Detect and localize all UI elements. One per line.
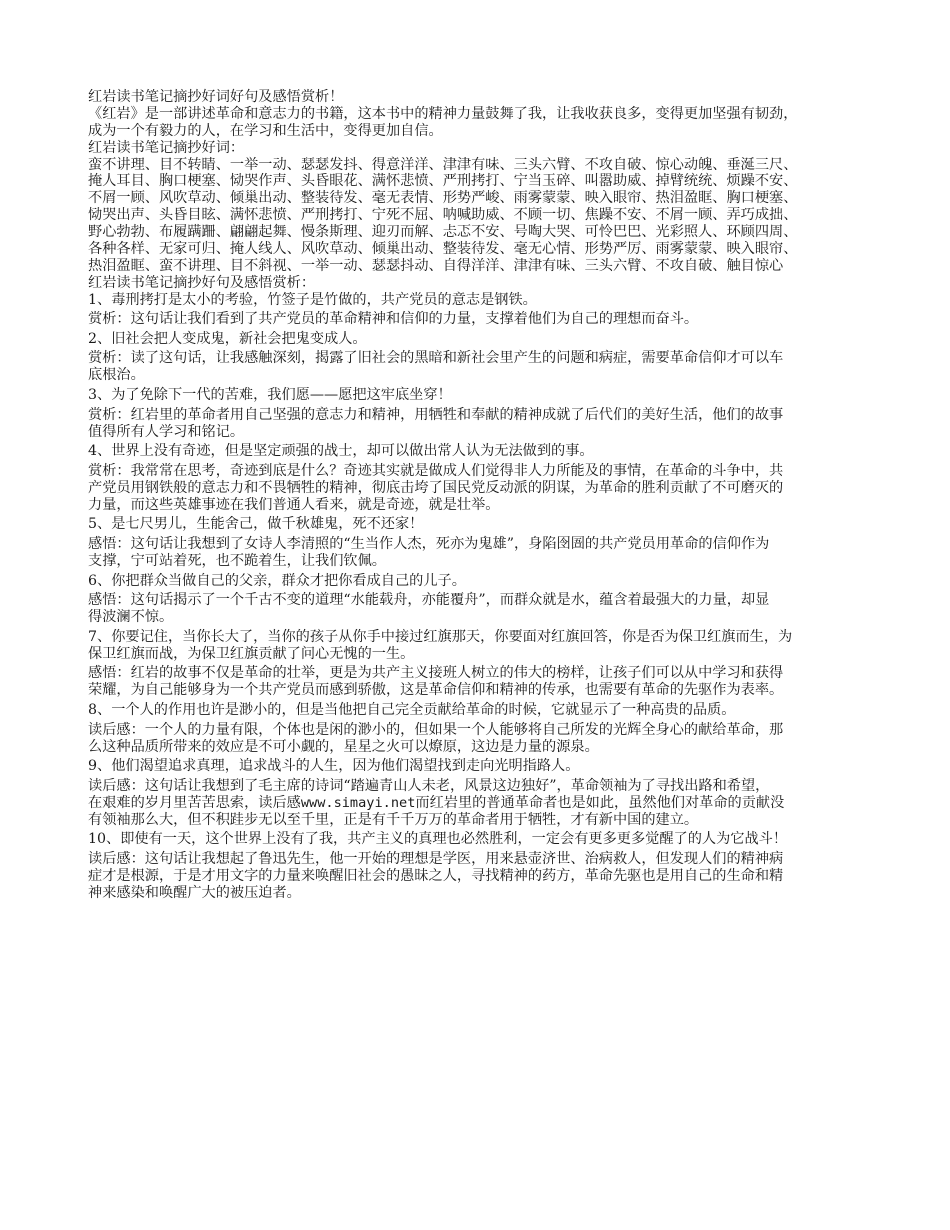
words-line: 恸哭出声、头昏目眩、满怀悲愤、严刑拷打、宁死不屈、呐喊助威、不顾一切、焦躁不安、…	[88, 207, 863, 224]
comment-text: 在艰难的岁月里苦苦思索，读后感	[88, 795, 301, 811]
words-line: 蛮不讲理、目不转睛、一举一动、瑟瑟发抖、得意洋洋、津津有味、三头六臂、不攻自破、…	[88, 157, 863, 174]
quote-paragraph: 1、毒刑拷打是太小的考验，竹签子是竹做的，共产党员的意志是钢铁。	[88, 292, 863, 309]
intro-line: 成为一个有毅力的人，在学习和生活中，变得更加自信。	[88, 123, 863, 140]
comment-line: 赏析：读了这句话，让我感触深刻，揭露了旧社会的黑暗和新社会里产生的问题和病症，需…	[88, 350, 863, 367]
quote-line: 6、你把群众当做自己的父亲，群众才把你看成自己的儿子。	[88, 573, 863, 590]
comment-paragraph: 赏析：我常常在思考，奇迹到底是什么？奇迹其实就是做成人们觉得非人力所能及的事情，…	[88, 463, 863, 514]
comment-line: 神来感染和唤醒广大的被压迫者。	[88, 885, 863, 902]
comment-line: 读后感：这句话让我想到了毛主席的诗词“踏遍青山人未老，风景这边独好”，革命领袖为…	[88, 778, 863, 795]
quote-line: 5、是七尺男儿，生能舍己，做千秋雄鬼，死不还家！	[88, 516, 863, 533]
quote-paragraph: 7、你要记住，当你长大了，当你的孩子从你手中接过红旗那天，你要面对红旗回答，你是…	[88, 629, 863, 663]
quote-paragraph: 6、你把群众当做自己的父亲，群众才把你看成自己的儿子。	[88, 573, 863, 590]
words-line: 野心勃勃、布履蹒跚、翩翩起舞、慢条斯理、迎刃而解、忐忑不安、号啕大哭、可怜巴巴、…	[88, 224, 863, 241]
website-link-text: www.simayi.net	[301, 795, 416, 811]
quote-paragraph: 8、一个人的作用也许是渺小的，但是当他把自己完全贡献给革命的时候，它就显示了一种…	[88, 702, 863, 719]
comment-paragraph: 赏析：这句话让我们看到了共产党员的革命精神和信仰的力量，支撑着他们为自己的理想而…	[88, 311, 863, 328]
comment-paragraph: 感悟：这句话让我想到了女诗人李清照的“生当作人杰，死亦为鬼雄”，身陷囹圄的共产党…	[88, 536, 863, 570]
comment-line: 感悟：红岩的故事不仅是革命的壮举，更是为共产主义接班人树立的伟大的榜样，让孩子们…	[88, 665, 863, 682]
quote-paragraph: 3、为了免除下一代的苦难，我们愿——愿把这牢底坐穿！	[88, 387, 863, 404]
comment-line: 赏析：红岩里的革命者用自己坚强的意志力和精神，用牺牲和奉献的精神成就了后代们的美…	[88, 407, 863, 424]
words-line: 不屑一顾、风吹草动、倾巢出动、整装待发、毫无表情、形势严峻、雨雾蒙蒙、映入眼帘、…	[88, 190, 863, 207]
comment-paragraph: 赏析：红岩里的革命者用自己坚强的意志力和精神，用牺牲和奉献的精神成就了后代们的美…	[88, 407, 863, 441]
quote-line: 保卫红旗而战，为保卫红旗贡献了问心无愧的一生。	[88, 646, 863, 663]
quote-line: 9、他们渴望追求真理，追求战斗的人生，因为他们渴望找到走向光明指路人。	[88, 758, 863, 775]
quote-paragraph: 9、他们渴望追求真理，追求战斗的人生，因为他们渴望找到走向光明指路人。	[88, 758, 863, 775]
comment-line: 底根治。	[88, 367, 863, 384]
comment-line: 赏析：这句话让我们看到了共产党员的革命精神和信仰的力量，支撑着他们为自己的理想而…	[88, 311, 863, 328]
comment-line: 支撑，宁可站着死，也不跪着生，让我们钦佩。	[88, 553, 863, 570]
comment-line: 得波澜不惊。	[88, 609, 863, 626]
comment-line: 么这种品质所带来的效应是不可小觑的，星星之火可以燎原，这边是力量的源泉。	[88, 739, 863, 756]
comment-line: 产党员用钢铁般的意志力和不畏牺牲的精神，彻底击垮了国民党反动派的阴谋，为革命的胜…	[88, 480, 863, 497]
comment-line: 值得所有人学习和铭记。	[88, 424, 863, 441]
words-line: 各种各样、无家可归、掩人线人、风吹草动、倾巢出动、整装待发、毫无心情、形势严厉、…	[88, 241, 863, 258]
comment-line: 力量，而这些英雄事迹在我们普通人看来，就是奇迹，就是壮举。	[88, 497, 863, 514]
quote-line: 8、一个人的作用也许是渺小的，但是当他把自己完全贡献给革命的时候，它就显示了一种…	[88, 702, 863, 719]
comment-paragraph: 感悟：这句话揭示了一个千古不变的道理“水能载舟，亦能覆舟”，而群众就是水，蕴含着…	[88, 592, 863, 626]
comment-line: 读后感：这句话让我想起了鲁迅先生，他一开始的理想是学医，用来悬壶济世、治病救人，…	[88, 851, 863, 868]
document-page: 红岩读书笔记摘抄好词好句及感悟赏析！ 《红岩》是一部讲述革命和意志力的书籍，这本…	[88, 89, 863, 905]
intro-line: 《红岩》是一部讲述革命和意志力的书籍，这本书中的精神力量鼓舞了我，让我收获良多，…	[88, 106, 863, 123]
comment-line: 症才是根源，于是才用文字的力量来唤醒旧社会的愚昧之人，寻找精神的药方，革命先驱也…	[88, 868, 863, 885]
comment-line: 赏析：我常常在思考，奇迹到底是什么？奇迹其实就是做成人们觉得非人力所能及的事情，…	[88, 463, 863, 480]
intro-section: 红岩读书笔记摘抄好词好句及感悟赏析！ 《红岩》是一部讲述革命和意志力的书籍，这本…	[88, 89, 863, 292]
comment-line: 在艰难的岁月里苦苦思索，读后感www.simayi.net而红岩里的普通革命者也…	[88, 795, 863, 812]
comment-line: 荣耀，为自己能够身为一个共产党员而感到骄傲，这是革命信仰和精神的传承，也需要有革…	[88, 682, 863, 699]
comment-line: 感悟：这句话揭示了一个千古不变的道理“水能载舟，亦能覆舟”，而群众就是水，蕴含着…	[88, 592, 863, 609]
comment-paragraph: 读后感：一个人的力量有限，个体也是闲的渺小的，但如果一个人能够将自己所发的光辉全…	[88, 722, 863, 756]
quote-paragraph: 4、世界上没有奇迹，但是坚定顽强的战士，却可以做出常人认为无法做到的事。	[88, 443, 863, 460]
comment-paragraph: 读后感：这句话让我想起了鲁迅先生，他一开始的理想是学医，用来悬壶济世、治病救人，…	[88, 851, 863, 902]
comment-line: 有领袖那么大，但不积跬步无以至千里，正是有千千万万的革命者用于牺牲，才有新中国的…	[88, 812, 863, 829]
quote-line: 7、你要记住，当你长大了，当你的孩子从你手中接过红旗那天，你要面对红旗回答，你是…	[88, 629, 863, 646]
words-line: 掩人耳目、胸口梗塞、恸哭作声、头昏眼花、满怀悲愤、严刑拷打、宁当玉碎、叫嚣助威、…	[88, 173, 863, 190]
comment-text: 而红岩里的普通革命者也是如此，虽然他们对革命的贡献没	[415, 795, 784, 811]
words-line: 热泪盈眶、蛮不讲理、目不斜视、一举一动、瑟瑟抖动、自得洋洋、津津有味、三头六臂、…	[88, 258, 863, 275]
sentences-section: 1、毒刑拷打是太小的考验，竹签子是竹做的，共产党员的意志是钢铁。 赏析：这句话让…	[88, 292, 863, 902]
quote-line: 3、为了免除下一代的苦难，我们愿——愿把这牢底坐穿！	[88, 387, 863, 404]
quote-paragraph: 5、是七尺男儿，生能舍己，做千秋雄鬼，死不还家！	[88, 516, 863, 533]
comment-paragraph: 读后感：这句话让我想到了毛主席的诗词“踏遍青山人未老，风景这边独好”，革命领袖为…	[88, 778, 863, 829]
quote-paragraph: 2、旧社会把人变成鬼，新社会把鬼变成人。	[88, 331, 863, 348]
document-title: 红岩读书笔记摘抄好词好句及感悟赏析！	[88, 89, 863, 106]
quote-line: 4、世界上没有奇迹，但是坚定顽强的战士，却可以做出常人认为无法做到的事。	[88, 443, 863, 460]
quote-paragraph: 10、即使有一天，这个世界上没有了我，共产主义的真理也必然胜利，一定会有更多更多…	[88, 831, 863, 848]
quote-line: 10、即使有一天，这个世界上没有了我，共产主义的真理也必然胜利，一定会有更多更多…	[88, 831, 863, 848]
comment-line: 读后感：一个人的力量有限，个体也是闲的渺小的，但如果一个人能够将自己所发的光辉全…	[88, 722, 863, 739]
comment-paragraph: 赏析：读了这句话，让我感触深刻，揭露了旧社会的黑暗和新社会里产生的问题和病症，需…	[88, 350, 863, 384]
sentences-heading: 红岩读书笔记摘抄好句及感悟赏析：	[88, 275, 863, 292]
comment-line: 感悟：这句话让我想到了女诗人李清照的“生当作人杰，死亦为鬼雄”，身陷囹圄的共产党…	[88, 536, 863, 553]
comment-paragraph: 感悟：红岩的故事不仅是革命的壮举，更是为共产主义接班人树立的伟大的榜样，让孩子们…	[88, 665, 863, 699]
words-heading: 红岩读书笔记摘抄好词：	[88, 140, 863, 157]
quote-line: 2、旧社会把人变成鬼，新社会把鬼变成人。	[88, 331, 863, 348]
quote-line: 1、毒刑拷打是太小的考验，竹签子是竹做的，共产党员的意志是钢铁。	[88, 292, 863, 309]
